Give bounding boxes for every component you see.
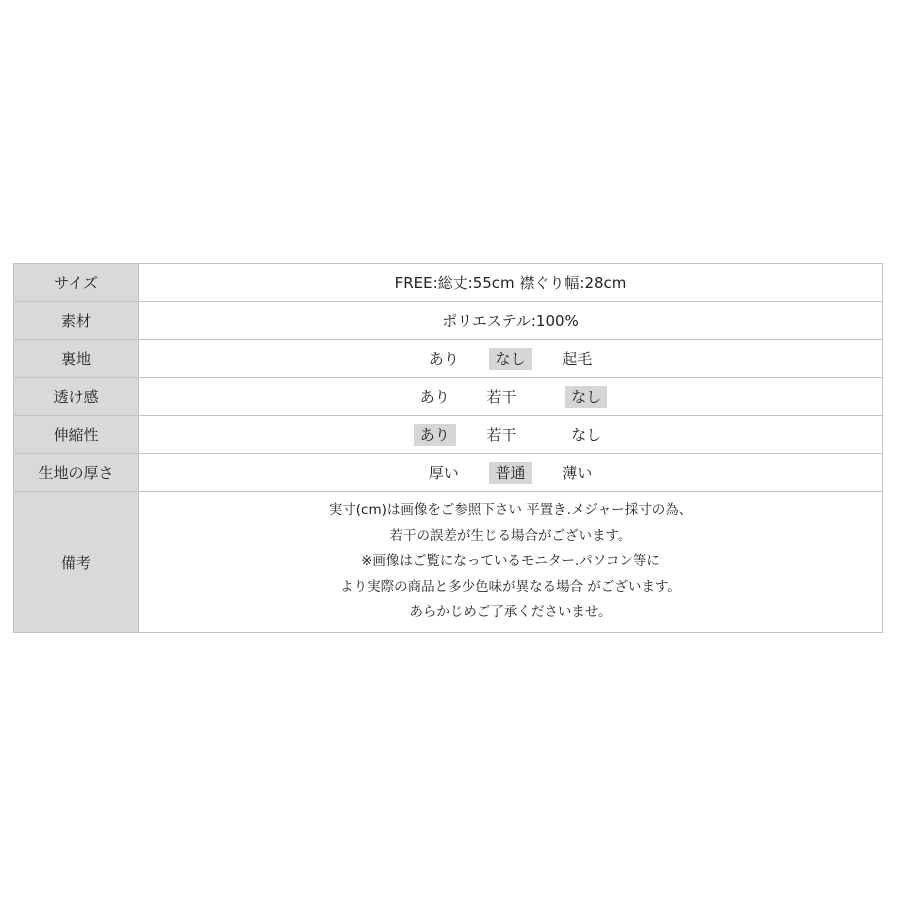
lining-option-yes: あり (423, 348, 465, 370)
material-value: ポリエステル:100% (139, 302, 883, 340)
row-thickness: 生地の厚さ 厚い 普通 薄い (14, 454, 883, 492)
note-line-5: あらかじめご了承くださいませ。 (139, 600, 882, 626)
row-stretch: 伸縮性 あり 若干 なし (14, 416, 883, 454)
lining-options: あり なし 起毛 (139, 340, 883, 378)
row-sheerness: 透け感 あり 若干 なし (14, 378, 883, 416)
notes-label: 備考 (14, 492, 139, 633)
sheerness-option-slight: 若干 (480, 386, 522, 408)
stretch-option-yes-selected: あり (414, 424, 456, 446)
stretch-label: 伸縮性 (14, 416, 139, 454)
row-size: サイズ FREE:総丈:55cm 襟ぐり幅:28cm (14, 264, 883, 302)
sheerness-option-no-selected: なし (565, 386, 607, 408)
thickness-label: 生地の厚さ (14, 454, 139, 492)
material-label: 素材 (14, 302, 139, 340)
sheerness-options: あり 若干 なし (139, 378, 883, 416)
lining-option-brushed: 起毛 (556, 348, 598, 370)
sheerness-option-yes: あり (414, 386, 456, 408)
product-spec-table: サイズ FREE:総丈:55cm 襟ぐり幅:28cm 素材 ポリエステル:100… (13, 263, 883, 633)
thickness-option-normal-selected: 普通 (489, 462, 531, 484)
thickness-option-thin: 薄い (556, 462, 598, 484)
row-lining: 裏地 あり なし 起毛 (14, 340, 883, 378)
size-label: サイズ (14, 264, 139, 302)
row-material: 素材 ポリエステル:100% (14, 302, 883, 340)
stretch-options: あり 若干 なし (139, 416, 883, 454)
note-line-1: 実寸(cm)は画像をご参照下さい 平置き.メジャー採寸の為、 (139, 498, 882, 524)
size-value: FREE:総丈:55cm 襟ぐり幅:28cm (139, 264, 883, 302)
lining-option-no-selected: なし (489, 348, 531, 370)
lining-label: 裏地 (14, 340, 139, 378)
thickness-options: 厚い 普通 薄い (139, 454, 883, 492)
note-line-3: ※画像はご覧になっているモニター.パソコン等に (139, 549, 882, 575)
stretch-option-no: なし (565, 424, 607, 446)
note-line-4: より実際の商品と多少色味が異なる場合 がございます。 (139, 575, 882, 601)
row-notes: 備考 実寸(cm)は画像をご参照下さい 平置き.メジャー採寸の為、 若干の誤差が… (14, 492, 883, 633)
stretch-option-slight: 若干 (480, 424, 522, 446)
thickness-option-thick: 厚い (423, 462, 465, 484)
notes-text: 実寸(cm)は画像をご参照下さい 平置き.メジャー採寸の為、 若干の誤差が生じる… (139, 492, 883, 633)
sheerness-label: 透け感 (14, 378, 139, 416)
note-line-2: 若干の誤差が生じる場合がございます。 (139, 524, 882, 550)
